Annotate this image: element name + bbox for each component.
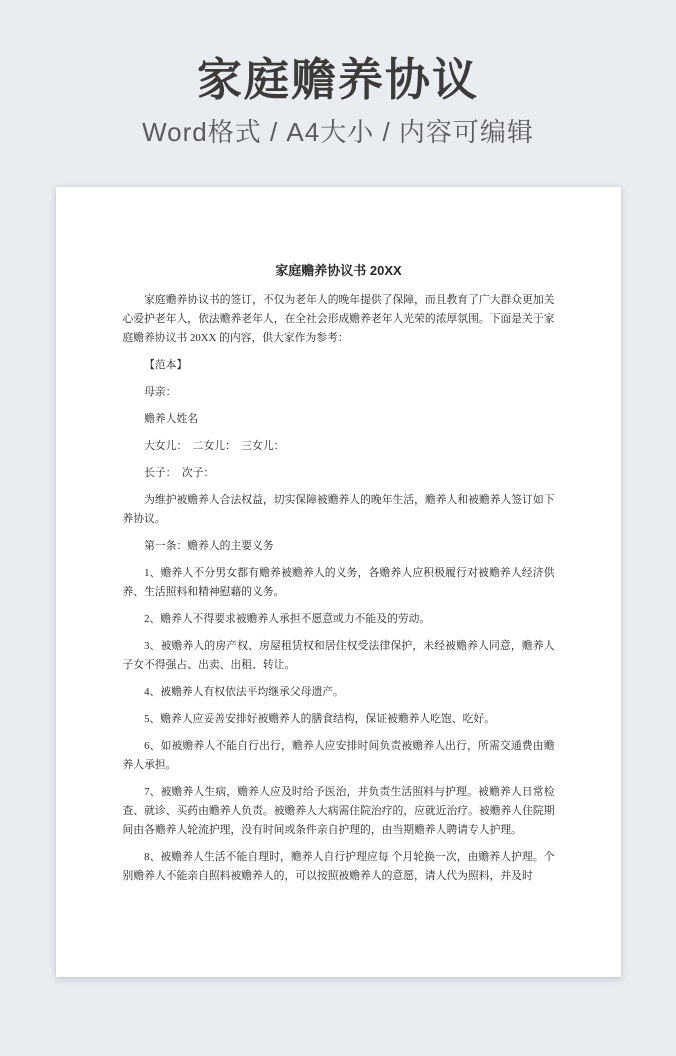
doc-paragraph: 6、如被赡养人不能自行出行，赡养人应安排时间负责被赡养人出行，所需交通费由赡养人… [123,737,555,775]
doc-paragraph: 长子： 次子： [123,464,555,483]
doc-paragraph: 2、赡养人不得要求被赡养人承担不愿意或力不能及的劳动。 [123,610,555,629]
doc-paragraph: 5、赡养人应妥善安排好被赡养人的膳食结构，保证被赡养人吃饱、吃好。 [123,710,555,729]
doc-paragraph: 为维护被赡养人合法权益，切实保障被赡养人的晚年生活，赡养人和被赡养人签订如下养协… [123,491,555,529]
hero-header: 家庭赡养协议 Word格式 / A4大小 / 内容可编辑 [0,0,676,148]
doc-paragraph: 3、被赡养人的房产权、房屋租赁权和居住权受法律保护，未经被赡养人同意，赡养人子女… [123,637,555,675]
page-title: 家庭赡养协议 [0,54,676,106]
document-paper: 家庭赡养协议书 20XX 家庭赡养协议书的签订，不仅为老年人的晚年提供了保障，而… [56,187,621,977]
doc-paragraph: 8、被赡养人生活不能自理时，赡养人自行护理应每 个月轮换一次，由赡养人护理。个别… [123,848,555,886]
doc-paragraph: 1、赡养人不分男女都有赡养被赡养人的义务，各赡养人应积极履行对被赡养人经济供养、… [123,564,555,602]
doc-paragraph: 赡养人姓名 [123,410,555,429]
page: { "theme": { "page_bg": "#e9ecf1", "head… [0,0,676,1056]
doc-paragraph: 7、被赡养人生病，赡养人应及时给予医治，并负责生活照料与护理。被赡养人日常检查、… [123,783,555,840]
page-subtitle: Word格式 / A4大小 / 内容可编辑 [0,116,676,148]
doc-paragraph: 第一条：赡养人的主要义务 [123,537,555,556]
doc-paragraph: 4、被赡养人有权依法平均继承父母遗产。 [123,683,555,702]
document-title: 家庭赡养协议书 20XX [123,261,555,280]
doc-paragraph: 【范本】 [123,356,555,375]
doc-paragraph: 大女儿： 二女儿： 三女儿： [123,437,555,456]
document-body: 家庭赡养协议书的签订，不仅为老年人的晚年提供了保障，而且教育了广大群众更加关心爱… [123,291,555,886]
doc-paragraph: 家庭赡养协议书的签订，不仅为老年人的晚年提供了保障，而且教育了广大群众更加关心爱… [123,291,555,348]
doc-paragraph: 母亲： [123,383,555,402]
